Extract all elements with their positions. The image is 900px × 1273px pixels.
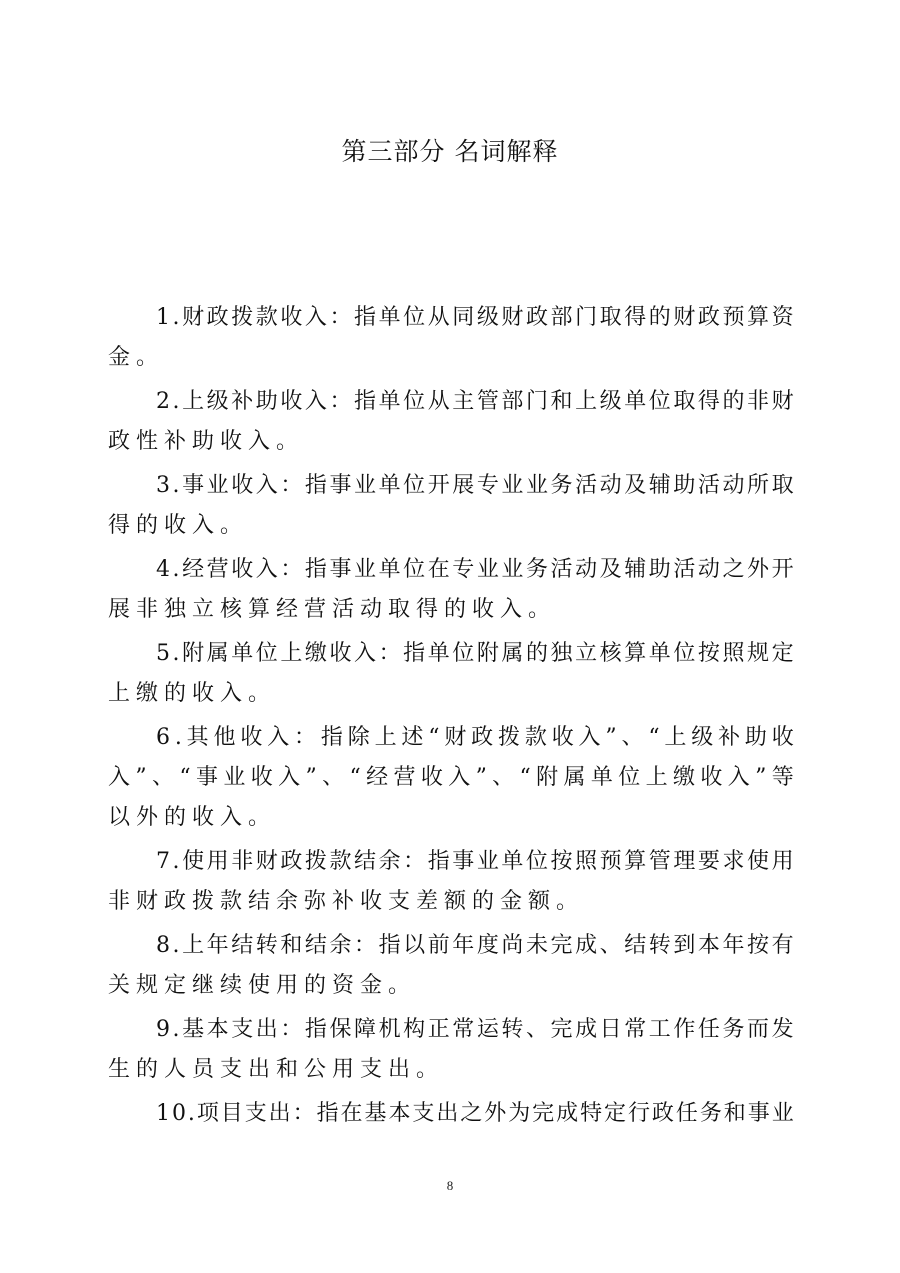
- document-page: 第三部分 名词解释 1.财政拨款收入：指单位从同级财政部门取得的财政预算资 金。…: [0, 0, 900, 1273]
- term-5-line-1: 5.附属单位上缴收入：指单位附属的独立核算单位按照规定: [156, 634, 794, 674]
- term-10-line-1: 10.项目支出：指在基本支出之外为完成特定行政任务和事业: [156, 1094, 794, 1134]
- term-2-line-1: 2.上级补助收入：指单位从主管部门和上级单位取得的非财: [156, 382, 794, 422]
- term-1-line-1: 1.财政拨款收入：指单位从同级财政部门取得的财政预算资: [156, 298, 794, 338]
- term-4-line-1: 4.经营收入：指事业单位在专业业务活动及辅助活动之外开: [156, 550, 794, 590]
- term-3-line-2: 得的收入。: [108, 506, 248, 546]
- term-4-line-2: 展非独立核算经营活动取得的收入。: [108, 590, 556, 630]
- term-9-line-2: 生的人员支出和公用支出。: [108, 1050, 444, 1090]
- term-8-line-2: 关规定继续使用的资金。: [108, 966, 416, 1006]
- term-6-line-2: 入”、“事业收入”、“经营收入”、“附属单位上缴收入”等: [108, 758, 794, 798]
- term-3-line-1: 3.事业收入：指事业单位开展专业业务活动及辅助活动所取: [156, 466, 794, 506]
- page-title: 第三部分 名词解释: [0, 134, 900, 170]
- term-5-line-2: 上缴的收入。: [108, 674, 276, 714]
- term-2-line-2: 政性补助收入。: [108, 422, 304, 462]
- page-number: 8: [0, 1178, 900, 1194]
- term-6-line-1: 6.其他收入：指除上述“财政拨款收入”、“上级补助收: [156, 718, 794, 758]
- term-8-line-1: 8.上年结转和结余：指以前年度尚未完成、结转到本年按有: [156, 926, 794, 966]
- term-9-line-1: 9.基本支出：指保障机构正常运转、完成日常工作任务而发: [156, 1010, 794, 1050]
- term-7-line-1: 7.使用非财政拨款结余：指事业单位按照预算管理要求使用: [156, 842, 794, 882]
- term-7-line-2: 非财政拨款结余弥补收支差额的金额。: [108, 882, 584, 922]
- term-1-line-2: 金。: [108, 338, 164, 378]
- term-6-line-3: 以外的收入。: [108, 798, 276, 838]
